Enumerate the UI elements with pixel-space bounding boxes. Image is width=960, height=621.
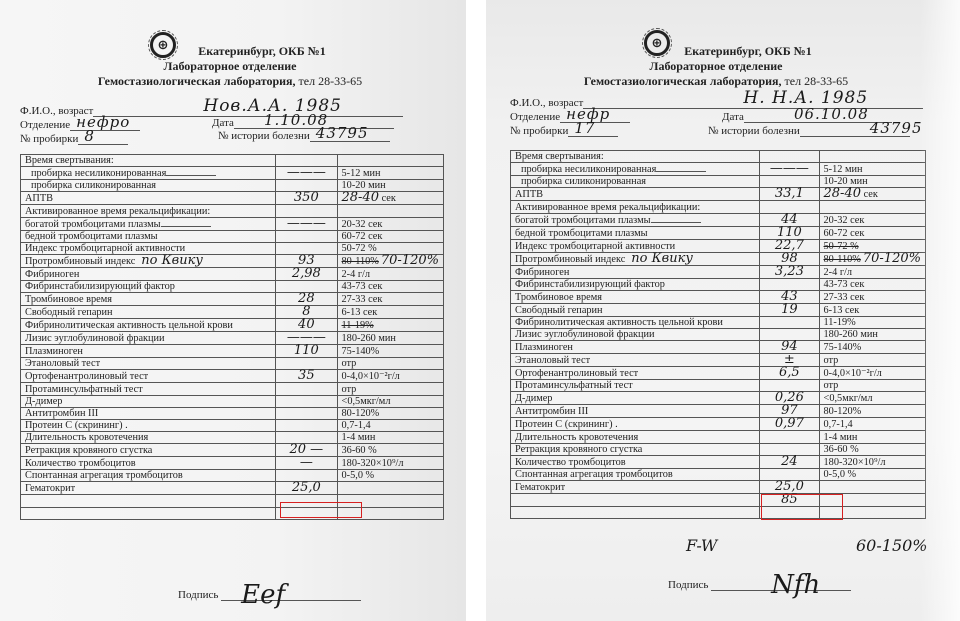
reference-range: 0-5,0 % (337, 470, 443, 482)
test-name: АПТВ (21, 192, 276, 205)
reference-range: 0-4,0×10⁻²г/л (337, 370, 443, 383)
probirka-field: № пробирки17 (510, 124, 618, 137)
result-value: 6,5 (760, 367, 819, 380)
table-row: Длительность кровотечения1-4 мин (511, 431, 926, 443)
table-row: Фибринолитическая активность цельной кро… (511, 316, 926, 328)
table-row: Протеин С (скрининг) .0,970,7-1,4 (511, 418, 926, 431)
table-row: бедной тромбоцитами плазмы11060-72 сек (511, 226, 926, 239)
test-name: Тромбиновое время (511, 290, 760, 303)
result-value: 350 (276, 192, 337, 205)
test-name: Время свертывания: (21, 155, 276, 167)
reference-range: 20-32 сек (337, 217, 443, 230)
test-name: Гематокрит (21, 482, 276, 495)
table-row: Фибринолитическая активность цельной кро… (21, 319, 444, 332)
reference-range: 0,7-1,4 (819, 418, 925, 431)
highlight-box (280, 502, 362, 518)
table-row: бедной тромбоцитами плазмы60-72 сек (21, 230, 444, 242)
table-row: пробирка силиконированная10-20 мин (511, 176, 926, 188)
table-row: Длительность кровотечения1-4 мин (21, 432, 444, 444)
reference-range: отр (337, 358, 443, 370)
reference-range: 5-12 мин (819, 163, 925, 176)
table-row: АПТВ33,128-40 сек (511, 188, 926, 201)
result-value: 25,0 (276, 482, 337, 495)
reference-range: 11-19% (337, 319, 443, 332)
table-row: 85 (511, 493, 926, 506)
table-row: Плазминоген9475-140% (511, 341, 926, 354)
table-row (511, 506, 926, 518)
table-row: Гематокрит25,0 (21, 482, 444, 495)
signature-field: Подпись Ееf (178, 588, 361, 601)
test-name: Д-димер (21, 395, 276, 407)
table-row: Плазминоген11075-140% (21, 345, 444, 358)
reference-range: 80-110%70-120% (337, 254, 443, 267)
pi-method-note: по Квику (141, 253, 203, 268)
table-row (21, 507, 444, 519)
table-row: Антитромбин III9780-120% (511, 405, 926, 418)
test-name: Этаноловый тест (21, 358, 276, 370)
table-row: Д-димер0,26<0,5мкг/мл (511, 392, 926, 405)
table-row: пробирка силиконированная10-20 мин (21, 180, 444, 192)
result-value: 3,23 (760, 265, 819, 278)
reference-range: 43-73 сек (819, 278, 925, 290)
test-name: Ортофенантролиновый тест (511, 367, 760, 380)
history-field: № истории болезни43795 (218, 129, 390, 142)
reference-range: 2-4 г/л (337, 267, 443, 280)
table-row: Количество тромбоцитов24180-320×10⁹/л (511, 455, 926, 468)
table-row: богатой тромбоцитами плазмы4420-32 сек (511, 213, 926, 226)
lab-form-right: ⊕ Екатеринбург, ОКБ №1 Лабораторное отде… (486, 0, 960, 621)
table-row: Тромбиновое время2827-33 сек (21, 293, 444, 306)
date-field: Дата06.10.08 (722, 110, 892, 123)
results-table: Время свертывания: пробирка несиликониро… (20, 154, 444, 520)
test-name: Гематокрит (511, 480, 760, 493)
signature-field: Подпись Nfh (668, 578, 851, 591)
test-name: Время свертывания: (511, 151, 760, 163)
reference-range: 36-60 % (819, 443, 925, 455)
reference-range: 28-40 сек (337, 192, 443, 205)
reference-range: 43-73 сек (337, 280, 443, 292)
reference-range: 80-120% (819, 405, 925, 418)
test-name: Протеин С (скрининг) . (511, 418, 760, 431)
test-name (21, 507, 276, 519)
table-row: Лизис эуглобулиновой фракции———180-260 м… (21, 332, 444, 345)
reference-range: 27-33 сек (819, 290, 925, 303)
table-row: Антитромбин III80-120% (21, 407, 444, 419)
test-name: Плазминоген (511, 341, 760, 354)
test-name: Протаминсульфатный тест (511, 380, 760, 392)
otdelenie-field: Отделениенефр (510, 110, 630, 123)
form-header: Екатеринбург, ОКБ №1 Лабораторное отделе… (546, 44, 886, 89)
result-value: 35 (276, 370, 337, 383)
handwritten-extra-norm: 60-150% (856, 536, 928, 555)
test-name: Д-димер (511, 392, 760, 405)
test-name: Антитромбин III (511, 405, 760, 418)
table-row: Протромбиновый индекспо Квику9880-110%70… (511, 252, 926, 265)
table-row: пробирка несиликонированная———5-12 мин (511, 163, 926, 176)
reference-range: 1-4 мин (819, 431, 925, 443)
result-value: — (276, 457, 337, 470)
reference-range (819, 201, 925, 213)
test-name: Антитромбин III (21, 407, 276, 419)
reference-range: 6-13 сек (337, 306, 443, 319)
reference-range: 180-320×10⁹/л (819, 455, 925, 468)
test-name: Длительность кровотечения (511, 431, 760, 443)
reference-range (819, 151, 925, 163)
table-row: Протеин С (скрининг) .0,7-1,4 (21, 419, 444, 431)
result-value (276, 383, 337, 395)
table-row: Ортофенантролиновый тест6,50-4,0×10⁻²г/л (511, 367, 926, 380)
test-name: пробирка несиликонированная (21, 167, 276, 180)
reference-range: 80-110%70-120% (819, 252, 925, 265)
result-value: ——— (276, 217, 337, 230)
test-name: Ретракция кровяного сгустка (511, 443, 760, 455)
department-name: Лабораторное отделение (60, 59, 400, 74)
test-name (511, 493, 760, 506)
history-field: № истории болезни43795 (708, 124, 910, 137)
result-value: ——— (276, 167, 337, 180)
result-value (276, 419, 337, 431)
result-value: ——— (760, 163, 819, 176)
table-row: богатой тромбоцитами плазмы———20-32 сек (21, 217, 444, 230)
reference-range: отр (819, 380, 925, 392)
test-name: Лизис эуглобулиновой фракции (21, 332, 276, 345)
test-name: Протеин С (скрининг) . (21, 419, 276, 431)
reference-range (337, 482, 443, 495)
test-name: Спонтанная агрегация тромбоцитов (21, 470, 276, 482)
table-row: Время свертывания: (21, 155, 444, 167)
result-value: 33,1 (760, 188, 819, 201)
test-name: Количество тромбоцитов (511, 455, 760, 468)
reference-range: 75-140% (819, 341, 925, 354)
test-name: пробирка несиликонированная (511, 163, 760, 176)
table-row: Свободный гепарин196-13 сек (511, 303, 926, 316)
lab-name: Гемостазиологическая лаборатория, тел 28… (60, 74, 400, 89)
result-value: 110 (276, 345, 337, 358)
institution-name: Екатеринбург, ОКБ №1 (60, 44, 400, 59)
test-name: бедной тромбоцитами плазмы (511, 226, 760, 239)
reference-range: 11-19% (819, 316, 925, 328)
table-row: АПТВ35028-40 сек (21, 192, 444, 205)
reference-range: 75-140% (337, 345, 443, 358)
reference-range: 180-320×10⁹/л (337, 457, 443, 470)
reference-range (819, 480, 925, 493)
reference-range: отр (337, 383, 443, 395)
reference-range (337, 155, 443, 167)
test-name: Фибринолитическая активность цельной кро… (511, 316, 760, 328)
table-row: Фибринстабилизирующий фактор43-73 сек (511, 278, 926, 290)
table-row: Этаноловый тест±отр (511, 354, 926, 367)
test-name: Ретракция кровяного сгустка (21, 444, 276, 457)
table-row: Свободный гепарин86-13 сек (21, 306, 444, 319)
reference-range: <0,5мкг/мл (337, 395, 443, 407)
test-name: пробирка силиконированная (21, 180, 276, 192)
result-value: 2,98 (276, 267, 337, 280)
table-row: Ортофенантролиновый тест350-4,0×10⁻²г/л (21, 370, 444, 383)
test-name: Количество тромбоцитов (21, 457, 276, 470)
test-name: Фибриноген (511, 265, 760, 278)
table-row: Д-димер<0,5мкг/мл (21, 395, 444, 407)
result-value: 0,97 (760, 418, 819, 431)
test-name: Свободный гепарин (21, 306, 276, 319)
test-name: Фибринолитическая активность цельной кро… (21, 319, 276, 332)
table-row: Количество тромбоцитов—180-320×10⁹/л (21, 457, 444, 470)
reference-range: 20-32 сек (819, 213, 925, 226)
table-row: Фибринстабилизирующий фактор43-73 сек (21, 280, 444, 292)
lab-name: Гемостазиологическая лаборатория, тел 28… (546, 74, 886, 89)
reference-range: 5-12 мин (337, 167, 443, 180)
reference-range: 2-4 г/л (819, 265, 925, 278)
highlight-box (761, 494, 843, 520)
table-row: Спонтанная агрегация тромбоцитов0-5,0 % (21, 470, 444, 482)
test-name: Спонтанная агрегация тромбоцитов (511, 468, 760, 480)
reference-range: 1-4 мин (337, 432, 443, 444)
table-row: Протромбиновый индекспо Квику9380-110%70… (21, 254, 444, 267)
reference-range: <0,5мкг/мл (819, 392, 925, 405)
test-name: Длительность кровотечения (21, 432, 276, 444)
handwritten-extra-label: F-W (686, 536, 717, 555)
result-value: 19 (760, 303, 819, 316)
table-row: Фибриноген2,982-4 г/л (21, 267, 444, 280)
result-value (276, 395, 337, 407)
reference-range (337, 205, 443, 217)
result-value (760, 316, 819, 328)
test-name: Протромбиновый индекспо Квику (511, 252, 760, 265)
test-name (511, 506, 760, 518)
test-name: богатой тромбоцитами плазмы (21, 217, 276, 230)
reference-range: 36-60 % (337, 444, 443, 457)
department-name: Лабораторное отделение (546, 59, 886, 74)
test-name: Ортофенантролиновый тест (21, 370, 276, 383)
table-row: Фибриноген3,232-4 г/л (511, 265, 926, 278)
form-header: Екатеринбург, ОКБ №1 Лабораторное отделе… (60, 44, 400, 89)
table-row: Активированное время рекальцификации: (21, 205, 444, 217)
test-name: Фибриноген (21, 267, 276, 280)
probirka-field: № пробирки8 (20, 132, 128, 145)
test-name (21, 495, 276, 507)
reference-range: 28-40 сек (819, 188, 925, 201)
reference-range: 0-5,0 % (819, 468, 925, 480)
table-row: Гематокрит25,0 (511, 480, 926, 493)
test-name: пробирка силиконированная (511, 176, 760, 188)
test-name: бедной тромбоцитами плазмы (21, 230, 276, 242)
reference-range: 6-13 сек (819, 303, 925, 316)
test-name: Фибринстабилизирующий фактор (21, 280, 276, 292)
reference-range: отр (819, 354, 925, 367)
table-row: пробирка несиликонированная———5-12 мин (21, 167, 444, 180)
test-name: богатой тромбоцитами плазмы (511, 213, 760, 226)
result-value: 24 (760, 455, 819, 468)
table-row (21, 495, 444, 507)
pi-method-note: по Квику (631, 251, 693, 266)
table-row: Активированное время рекальцификации: (511, 201, 926, 213)
table-row: Этаноловый тестотр (21, 358, 444, 370)
institution-name: Екатеринбург, ОКБ №1 (546, 44, 886, 59)
table-row: Протаминсульфатный тестотр (511, 380, 926, 392)
table-row: Спонтанная агрегация тромбоцитов0-5,0 % (511, 468, 926, 480)
reference-range: 27-33 сек (337, 293, 443, 306)
result-value (760, 431, 819, 443)
reference-range: 80-120% (337, 407, 443, 419)
lab-form-left: ⊕ Екатеринбург, ОКБ №1 Лабораторное отде… (0, 0, 466, 621)
table-row: Протаминсульфатный тестотр (21, 383, 444, 395)
reference-range: 60-72 сек (337, 230, 443, 242)
reference-range: 60-72 сек (819, 226, 925, 239)
test-name: АПТВ (511, 188, 760, 201)
table-row: Ретракция кровяного сгустка36-60 % (511, 443, 926, 455)
test-name: Фибринстабилизирующий фактор (511, 278, 760, 290)
test-name: Протаминсульфатный тест (21, 383, 276, 395)
test-name: Свободный гепарин (511, 303, 760, 316)
table-row: Время свертывания: (511, 151, 926, 163)
reference-range: 0,7-1,4 (337, 419, 443, 431)
table-row: Лизис эуглобулиновой фракции180-260 мин (511, 328, 926, 340)
test-name: Лизис эуглобулиновой фракции (511, 328, 760, 340)
result-value (276, 230, 337, 242)
test-name: Плазминоген (21, 345, 276, 358)
test-name: Активированное время рекальцификации: (21, 205, 276, 217)
reference-range: 180-260 мин (819, 328, 925, 340)
otdelenie-field: Отделениенефро (20, 118, 140, 131)
reference-range: 0-4,0×10⁻²г/л (819, 367, 925, 380)
results-table: Время свертывания: пробирка несиликониро… (510, 150, 926, 519)
test-name: Протромбиновый индекспо Квику (21, 254, 276, 267)
result-value (276, 407, 337, 419)
table-row: Ретракция кровяного сгустка20 —36-60 % (21, 444, 444, 457)
test-name: Тромбиновое время (21, 293, 276, 306)
table-row: Тромбиновое время4327-33 сек (511, 290, 926, 303)
test-name: Активированное время рекальцификации: (511, 201, 760, 213)
test-name: Этаноловый тест (511, 354, 760, 367)
reference-range: 180-260 мин (337, 332, 443, 345)
